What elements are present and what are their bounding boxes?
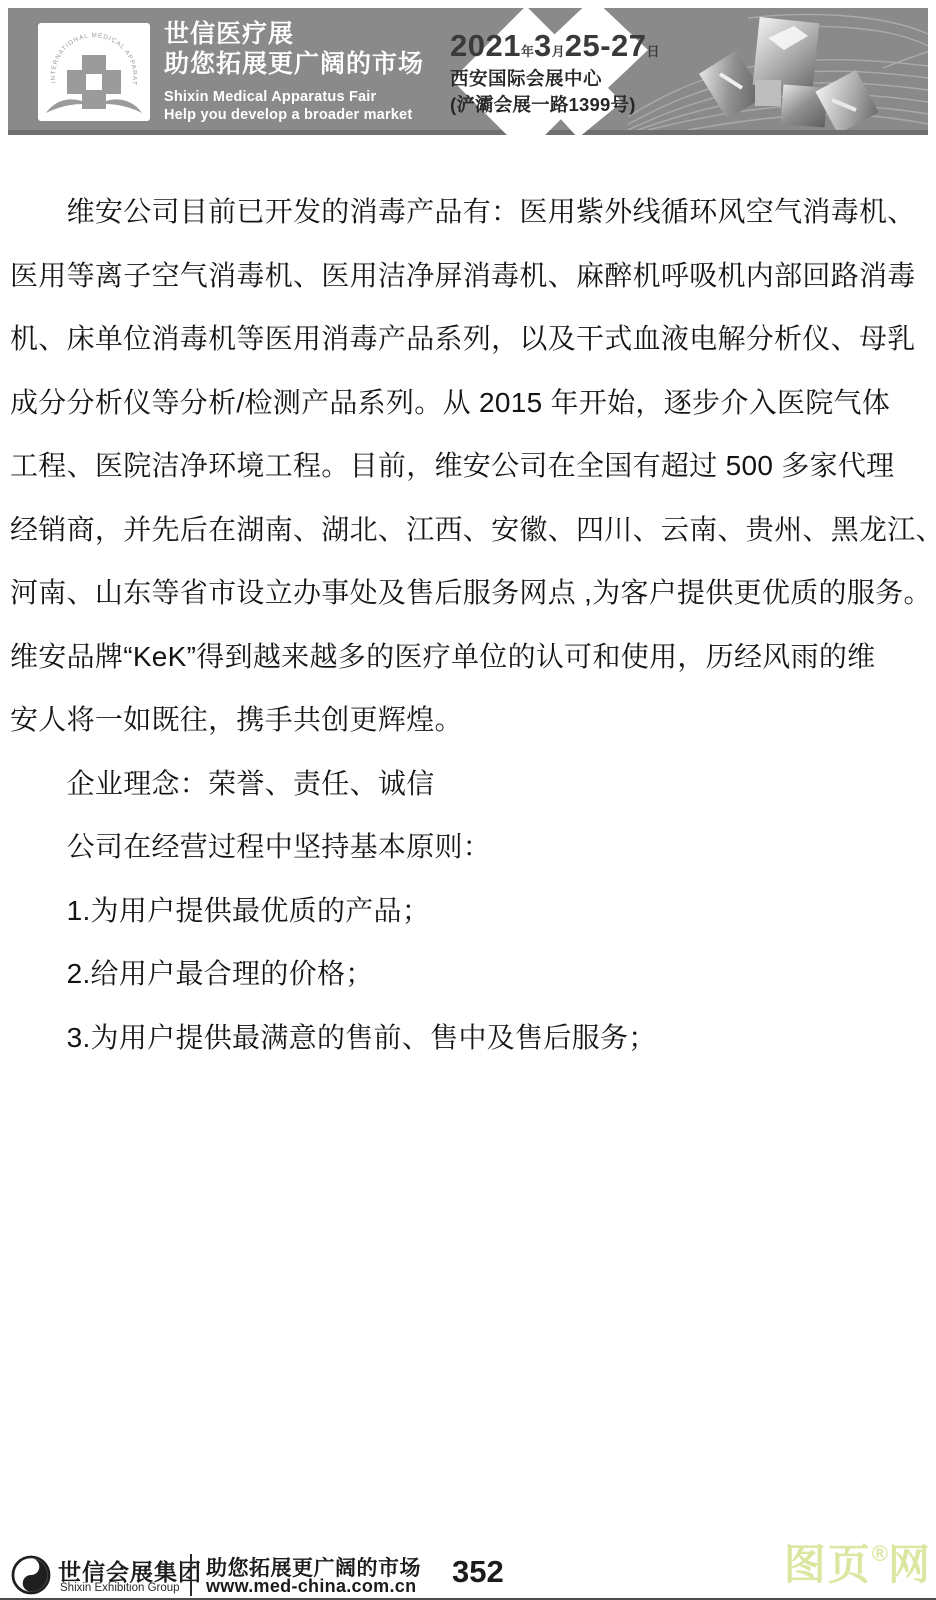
catalog-page: INTERNATIONAL MEDICAL APPARATUS FAIR 世信医… <box>0 0 936 1600</box>
event-badge: 2021年3月25-27日 西安国际会展中心 (浐灞会展一路1399号) <box>408 0 664 154</box>
text-line: 1.为用户提供最优质的产品； <box>10 879 926 943</box>
footer-divider <box>190 1554 192 1596</box>
text-line: 安人将一如既往，携手共创更辉煌。 <box>10 688 926 752</box>
shixin-group-logo-icon <box>10 1554 52 1596</box>
text-line: 机、床单位消毒机等医用消毒产品系列，以及干式血液电解分析仪、母乳 <box>10 307 926 371</box>
fair-name-cn: 世信医疗展 <box>164 20 424 50</box>
fair-logo: INTERNATIONAL MEDICAL APPARATUS FAIR <box>38 23 150 121</box>
site-watermark: 图页®网 <box>784 1532 932 1592</box>
fair-slogan-cn: 助您拓展更广阔的市场 <box>164 50 424 80</box>
text-line: 维安品牌“KeK”得到越来越多的医疗单位的认可和使用，历经风雨的维 <box>10 625 926 689</box>
text-line: 医用等离子空气消毒机、医用洁净屏消毒机、麻醉机呼吸机内部回路消毒 <box>10 244 926 308</box>
company-profile-text: 维安公司目前已开发的消毒产品有：医用紫外线循环风空气消毒机、医用等离子空气消毒机… <box>10 180 926 1069</box>
text-line: 维安公司目前已开发的消毒产品有：医用紫外线循环风空气消毒机、 <box>10 180 926 244</box>
swirl-lines-graphic <box>628 8 928 130</box>
text-line: 2.给用户最合理的价格； <box>10 942 926 1006</box>
page-number: 352 <box>452 1554 504 1590</box>
text-line: 企业理念：荣誉、责任、诚信 <box>10 752 926 816</box>
text-line: 3.为用户提供最满意的售前、售中及售后服务； <box>10 1006 926 1070</box>
registered-mark: ® <box>872 1541 888 1566</box>
text-line: 河南、山东等省市设立办事处及售后服务网点 ,为客户提供更优质的服务。 <box>10 561 926 625</box>
medical-cross-icon: INTERNATIONAL MEDICAL APPARATUS FAIR <box>38 23 150 121</box>
text-line: 经销商，并先后在湖南、湖北、江西、安徽、四川、云南、贵州、黑龙江、 <box>10 498 926 562</box>
header-titles: 世信医疗展 助您拓展更广阔的市场 Shixin Medical Apparatu… <box>164 20 424 124</box>
footer-website: www.med-china.com.cn <box>206 1576 416 1597</box>
group-name-en: Shixin Exhibition Group <box>60 1582 180 1594</box>
text-line: 公司在经营过程中坚持基本原则： <box>10 815 926 879</box>
text-line: 工程、医院洁净环境工程。目前，维安公司在全国有超过 500 多家代理 <box>10 434 926 498</box>
header-decoration <box>628 8 928 130</box>
fair-name-en: Shixin Medical Apparatus Fair Help you d… <box>164 88 424 124</box>
header-banner: INTERNATIONAL MEDICAL APPARATUS FAIR 世信医… <box>8 8 928 135</box>
text-line: 成分分析仪等分析/检测产品系列。从 2015 年开始，逐步介入医院气体 <box>10 371 926 435</box>
